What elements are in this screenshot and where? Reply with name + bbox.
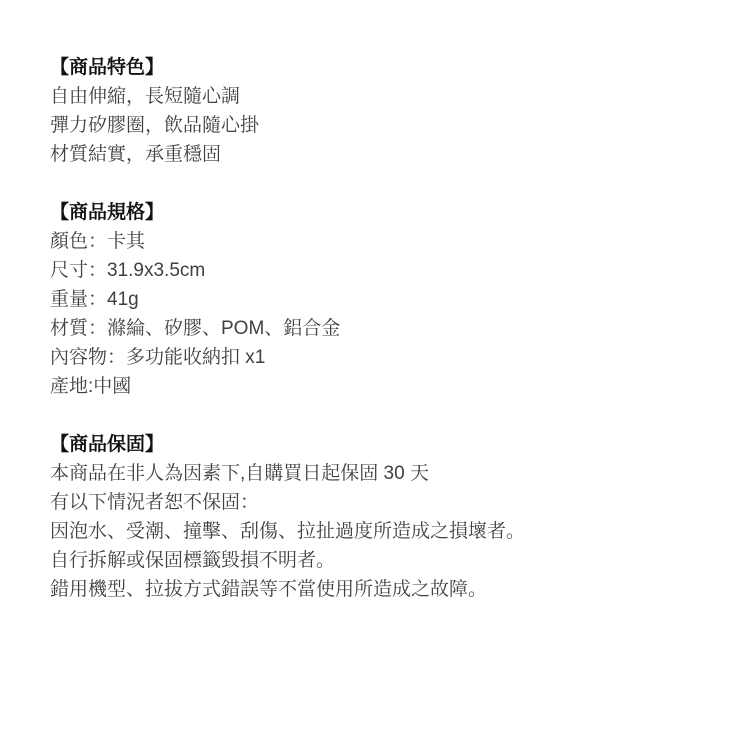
section-specs-heading: 【商品規格】 [50, 198, 710, 227]
section-features: 【商品特色】 自由伸縮，長短隨心調 彈力矽膠圈，飲品隨心掛 材質結實，承重穩固 [50, 53, 710, 169]
warranty-line: 自行拆解或保固標籤毀損不明者。 [50, 546, 710, 575]
feature-line: 彈力矽膠圈，飲品隨心掛 [50, 111, 710, 140]
spec-line-color: 顏色：卡其 [50, 227, 710, 256]
spec-line-size: 尺寸：31.9x3.5cm [50, 256, 710, 285]
product-description-page: 【商品特色】 自由伸縮，長短隨心調 彈力矽膠圈，飲品隨心掛 材質結實，承重穩固 … [0, 0, 750, 750]
section-warranty: 【商品保固】 本商品在非人為因素下,自購買日起保固 30 天 有以下情況者恕不保… [50, 430, 710, 604]
feature-line: 材質結實，承重穩固 [50, 140, 710, 169]
section-warranty-heading: 【商品保固】 [50, 430, 710, 459]
spec-line-material: 材質：滌綸、矽膠、POM、鋁合金 [50, 314, 710, 343]
spec-line-origin: 產地:中國 [50, 372, 710, 401]
feature-line: 自由伸縮，長短隨心調 [50, 82, 710, 111]
warranty-line: 本商品在非人為因素下,自購買日起保固 30 天 [50, 459, 710, 488]
spec-line-weight: 重量：41g [50, 285, 710, 314]
warranty-line: 因泡水、受潮、撞擊、刮傷、拉扯過度所造成之損壞者。 [50, 517, 710, 546]
spec-line-contents: 內容物：多功能收納扣 x1 [50, 343, 710, 372]
section-specs: 【商品規格】 顏色：卡其 尺寸：31.9x3.5cm 重量：41g 材質：滌綸、… [50, 198, 710, 401]
product-description-content: 【商品特色】 自由伸縮，長短隨心調 彈力矽膠圈，飲品隨心掛 材質結實，承重穩固 … [50, 53, 710, 604]
section-features-heading: 【商品特色】 [50, 53, 710, 82]
warranty-line: 錯用機型、拉拔方式錯誤等不當使用所造成之故障。 [50, 575, 710, 604]
warranty-line: 有以下情況者恕不保固： [50, 488, 710, 517]
